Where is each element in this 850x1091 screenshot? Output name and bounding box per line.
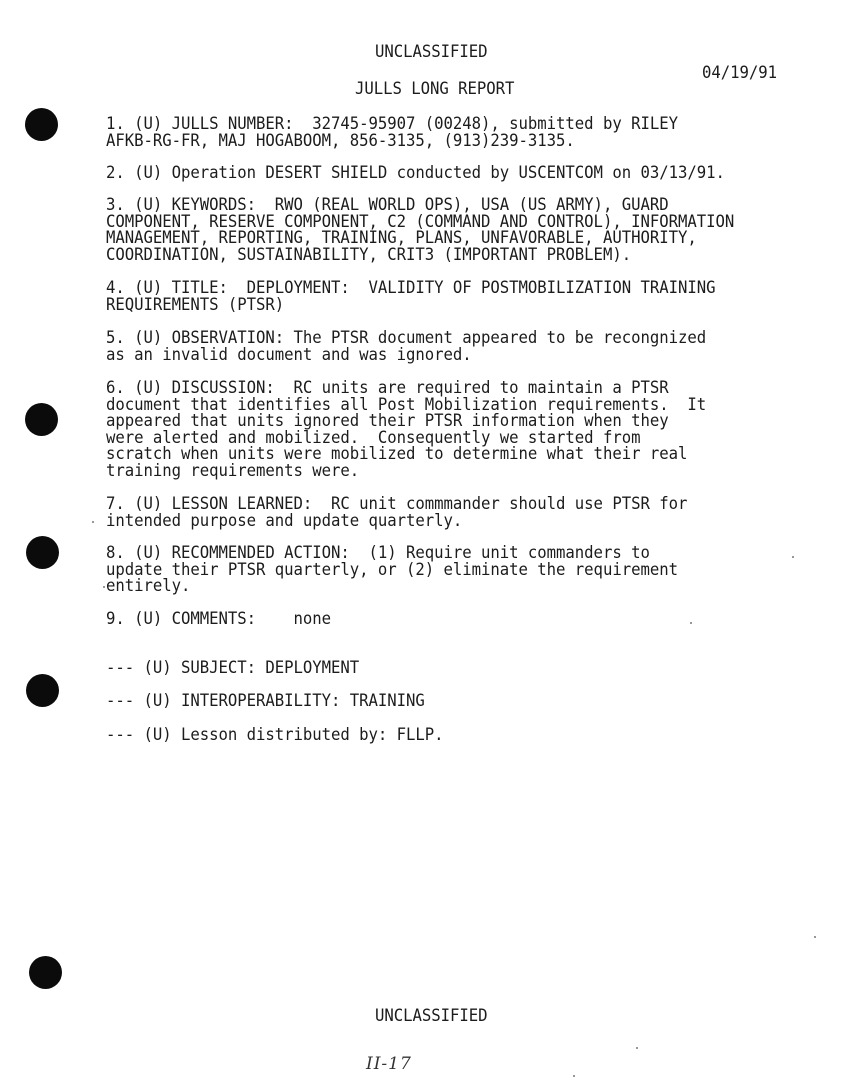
- scan-speck: [636, 1047, 638, 1049]
- text-line: update their PTSR quarterly, or (2) elim…: [106, 562, 678, 579]
- text-line: training requirements were.: [106, 463, 706, 480]
- punch-hole: [26, 536, 59, 569]
- footer-subject: --- (U) SUBJECT: DEPLOYMENT: [106, 660, 359, 677]
- scan-speck: [92, 521, 94, 523]
- paragraph-title: 4. (U) TITLE: DEPLOYMENT: VALIDITY OF PO…: [106, 280, 744, 313]
- punch-hole: [29, 956, 62, 989]
- footer-interoperability: --- (U) INTEROPERABILITY: TRAINING: [106, 693, 425, 710]
- paragraph-discussion: 6. (U) DISCUSSION: RC units are required…: [106, 380, 734, 479]
- classification-header: UNCLASSIFIED: [375, 44, 488, 61]
- paragraph-comments: 9. (U) COMMENTS: none: [106, 611, 342, 628]
- paragraph-recommended-action: 8. (U) RECOMMENDED ACTION: (1) Require u…: [106, 545, 705, 595]
- text-line: intended purpose and update quarterly.: [106, 513, 687, 530]
- scan-speck: [103, 586, 105, 588]
- text-line: 2. (U) Operation DESERT SHIELD conducted…: [106, 165, 725, 182]
- paragraph-operation: 2. (U) Operation DESERT SHIELD conducted…: [106, 165, 754, 182]
- paragraph-observation: 5. (U) OBSERVATION: The PTSR document ap…: [106, 330, 734, 363]
- punch-hole: [25, 403, 58, 436]
- paragraph-julls-number: 1. (U) JULLS NUMBER: 32745-95907 (00248)…: [106, 116, 705, 149]
- punch-hole: [25, 108, 58, 141]
- text-line: REQUIREMENTS (PTSR): [106, 297, 715, 314]
- text-line: as an invalid document and was ignored.: [106, 347, 706, 364]
- scan-speck: [690, 622, 692, 624]
- punch-hole: [26, 674, 59, 707]
- classification-footer: UNCLASSIFIED: [375, 1008, 488, 1025]
- text-line: entirely.: [106, 578, 678, 595]
- scan-speck: [573, 1075, 575, 1077]
- report-date: 04/19/91: [702, 65, 777, 82]
- paragraph-lesson-learned: 7. (U) LESSON LEARNED: RC unit commmande…: [106, 496, 715, 529]
- text-line: 9. (U) COMMENTS: none: [106, 611, 331, 628]
- report-title: JULLS LONG REPORT: [355, 81, 514, 98]
- footer-distribution: --- (U) Lesson distributed by: FLLP.: [106, 727, 444, 744]
- text-line: COORDINATION, SUSTAINABILITY, CRIT3 (IMP…: [106, 247, 734, 264]
- scan-speck: [814, 936, 816, 938]
- scan-speck: [792, 556, 794, 558]
- handwritten-page-number: II-17: [366, 1054, 412, 1074]
- paragraph-keywords: 3. (U) KEYWORDS: RWO (REAL WORLD OPS), U…: [106, 197, 764, 263]
- text-line: AFKB-RG-FR, MAJ HOGABOOM, 856-3135, (913…: [106, 133, 678, 150]
